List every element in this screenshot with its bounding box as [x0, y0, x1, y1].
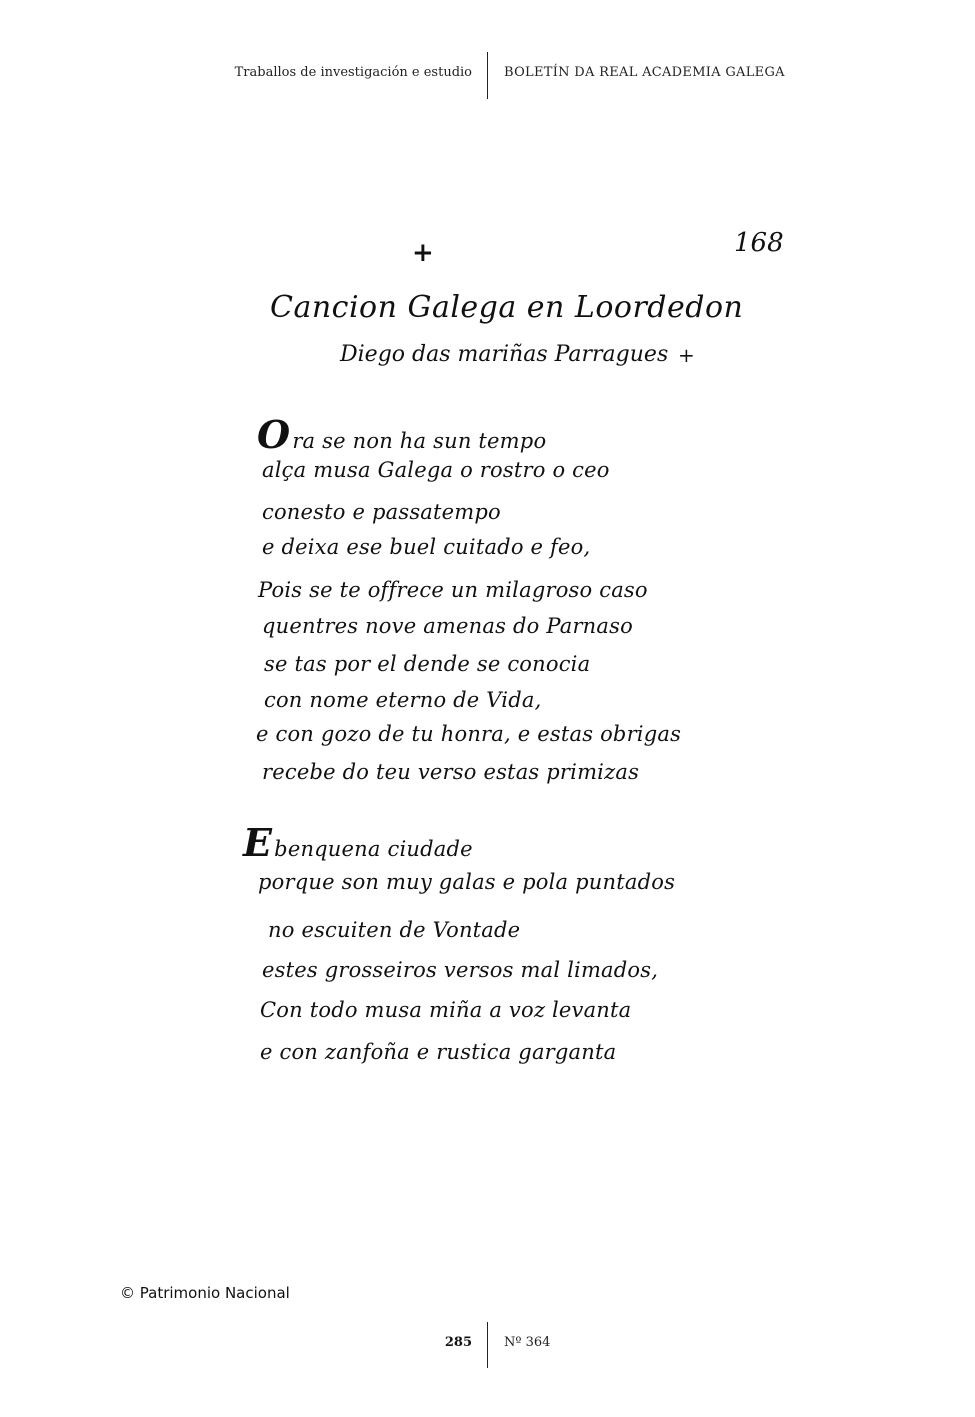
cross-mark: + — [412, 238, 434, 268]
page-number: 285 — [445, 1335, 472, 1350]
verse-line: estes grosseiros versos mal limados, — [262, 958, 658, 982]
verse-line: conesto e passatempo — [262, 500, 501, 524]
manuscript-facsimile: + 168 Cancion Galega en Loordedon Diego … — [0, 0, 975, 1417]
verse-line: alça musa Galega o rostro o ceo — [262, 458, 610, 482]
manuscript-title: Cancion Galega en Loordedon — [270, 290, 743, 325]
verse-line: con nome eterno de Vida, — [264, 688, 541, 712]
verse-line: Con todo musa miña a voz levanta — [260, 998, 631, 1022]
verse-line: Ora se non ha sun tempo — [257, 412, 546, 457]
issue-number: Nº 364 — [504, 1335, 550, 1350]
verse-line: Pois se te offrece un milagroso caso — [258, 578, 648, 602]
page-footer: 285 Nº 364 — [0, 1322, 975, 1370]
stanza-initial: O — [257, 412, 290, 457]
verse-line: e deixa ese buel cuitado e feo, — [262, 535, 590, 559]
image-credit: © Patrimonio Nacional — [120, 1284, 290, 1302]
verse-line: porque son muy galas e pola puntados — [258, 870, 675, 894]
verse-line: se tas por el dende se conocia — [264, 652, 590, 676]
stanza-initial: E — [243, 820, 272, 865]
manuscript-author: Diego das mariñas Parragues — [340, 342, 668, 367]
verse-line: no escuiten de Vontade — [268, 918, 520, 942]
verse-line: e con gozo de tu honra, e estas obrigas — [256, 722, 681, 746]
footer-divider — [487, 1322, 488, 1368]
author-mark: + — [678, 343, 695, 367]
verse-line: recebe do teu verso estas primizas — [262, 760, 639, 784]
verse-line: Ebenquena ciudade — [243, 820, 473, 865]
verse-line: quentres nove amenas do Parnaso — [262, 614, 633, 638]
folio-number: 168 — [734, 228, 784, 258]
verse-line: e con zanfoña e rustica garganta — [260, 1040, 616, 1064]
